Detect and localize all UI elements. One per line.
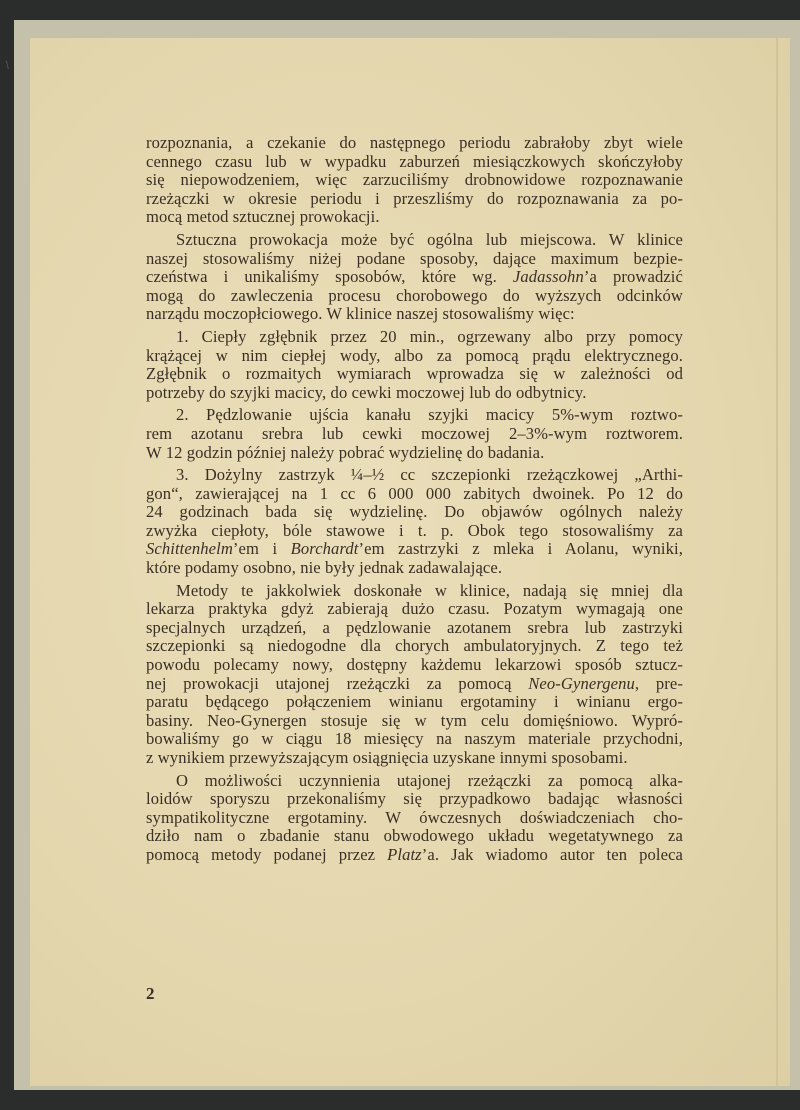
text-line: 24 godzinach bada się wydzielinę. Do obj… <box>146 503 683 522</box>
text-line: naszej stosowaliśmy niżej podane sposoby… <box>146 250 683 269</box>
body-text: rozpoznania, a czekanie do następnego pe… <box>146 134 683 869</box>
author-name-italic: Platz <box>387 845 422 864</box>
text-run: pomocą metody podanej przez <box>146 845 387 864</box>
text-line: lekarza praktyka gdyż zabierają dużo cza… <box>146 600 683 619</box>
text-line: czeństwa i unikaliśmy sposobów, które wg… <box>146 268 683 287</box>
list-item-3: 3. Dożylny zastrzyk ¼–½ cc szczepionki r… <box>146 466 683 578</box>
author-name-italic: Jadassohn <box>513 267 584 286</box>
text-line: dziło nam o zbadanie stanu obwodowego uk… <box>146 827 683 846</box>
text-line: krążącej w nim ciepłej wody, albo za pom… <box>146 347 683 366</box>
text-line: W 12 godzin później należy pobrać wydzie… <box>146 444 683 463</box>
paragraph-alkaloids: O możliwości uczynnienia utajonej rzeżąc… <box>146 772 683 865</box>
text-run: ’em i <box>233 539 291 558</box>
page-edge <box>776 38 778 1086</box>
paragraph-methods: Metody te jakkolwiek doskonałe w klinice… <box>146 582 683 768</box>
text-line: powodu polecamy nowy, dostępny każdemu l… <box>146 656 683 675</box>
author-name-italic: Schittenhelm <box>146 539 233 558</box>
text-line: które podamy osobno, nie były jednak zad… <box>146 559 683 578</box>
list-item-1: 1. Ciepły zgłębnik przez 20 min., ogrzew… <box>146 328 683 402</box>
text-line: Metody te jakkolwiek doskonałe w klinice… <box>146 582 683 601</box>
text-line: Schittenhelm’em i Borchardt’em zastrzyki… <box>146 540 683 559</box>
text-line: szczepionki są niedogodne dla chorych am… <box>146 637 683 656</box>
text-run: nej prowokacji utajonej rzeżączki za pom… <box>146 674 528 693</box>
text-line: narządu moczopłciowego. W klinice naszej… <box>146 305 683 324</box>
text-line: gon“, zawierającej na 1 cc 6 000 000 zab… <box>146 485 683 504</box>
text-line: z wynikiem przewyższającym osiągnięcia u… <box>146 749 683 768</box>
text-line: rem azotanu srebra lub cewki moczowej 2–… <box>146 425 683 444</box>
text-line: mocą metod sztucznej prowokacji. <box>146 208 683 227</box>
text-line: pomocą metody podanej przez Platz’a. Jak… <box>146 846 683 865</box>
text-line: Sztuczna prowokacja może być ogólna lub … <box>146 231 683 250</box>
document-page: / rozpoznania, a czekanie do następnego … <box>30 38 790 1086</box>
text-line: Zgłębnik o rozmaitych wymiarach wprowadz… <box>146 365 683 384</box>
text-line: 2. Pędzlowanie ujścia kanału szyjki maci… <box>146 406 683 425</box>
text-run: ’a prowadzić <box>584 267 683 286</box>
page-number: 2 <box>146 984 155 1004</box>
text-line: paratu będącego połączeniem winianu ergo… <box>146 693 683 712</box>
paragraph-1: rozpoznania, a czekanie do następnego pe… <box>146 134 683 227</box>
text-line: mogą do zawleczenia procesu chorobowego … <box>146 287 683 306</box>
text-line: potrzeby do szyjki macicy, do cewki mocz… <box>146 384 683 403</box>
text-line: basiny. Neo-Gynergen stosuje się w tym c… <box>146 712 683 731</box>
text-line: nej prowokacji utajonej rzeżączki za pom… <box>146 675 683 694</box>
text-line: specjalnych urządzeń, a pędzlowanie azot… <box>146 619 683 638</box>
text-line: 3. Dożylny zastrzyk ¼–½ cc szczepionki r… <box>146 466 683 485</box>
drug-name-italic: Neo-Gynergenu <box>528 674 635 693</box>
text-run: czeństwa i unikaliśmy sposobów, które wg… <box>146 267 513 286</box>
text-run: , pre- <box>635 674 683 693</box>
text-line: zwyżka ciepłoty, bóle stawowe i t. p. Ob… <box>146 522 683 541</box>
list-item-2: 2. Pędzlowanie ujścia kanału szyjki maci… <box>146 406 683 462</box>
text-line: rzeżączki w okresie periodu i przeszliśm… <box>146 190 683 209</box>
text-line: loidów sporyszu przekonaliśmy się przypa… <box>146 790 683 809</box>
scan-mark: / <box>3 60 11 71</box>
text-line: rozpoznania, a czekanie do następnego pe… <box>146 134 683 153</box>
author-name-italic: Borchardt <box>291 539 359 558</box>
text-line: cennego czasu lub w wypadku zaburzeń mie… <box>146 153 683 172</box>
text-line: 1. Ciepły zgłębnik przez 20 min., ogrzew… <box>146 328 683 347</box>
text-run: ’em zastrzyki z mleka i Aolanu, wyniki, <box>359 539 684 558</box>
text-line: sympatikolityczne ergotaminy. W ówczesny… <box>146 809 683 828</box>
text-line: się niepowodzeniem, więc zarzuciliśmy dr… <box>146 171 683 190</box>
text-line: bowaliśmy go w ciągu 18 miesięcy na nasz… <box>146 730 683 749</box>
paragraph-2: Sztuczna prowokacja może być ogólna lub … <box>146 231 683 324</box>
text-run: ’a. Jak wiadomo autor ten poleca <box>422 845 683 864</box>
text-line: O możliwości uczynnienia utajonej rzeżąc… <box>146 772 683 791</box>
